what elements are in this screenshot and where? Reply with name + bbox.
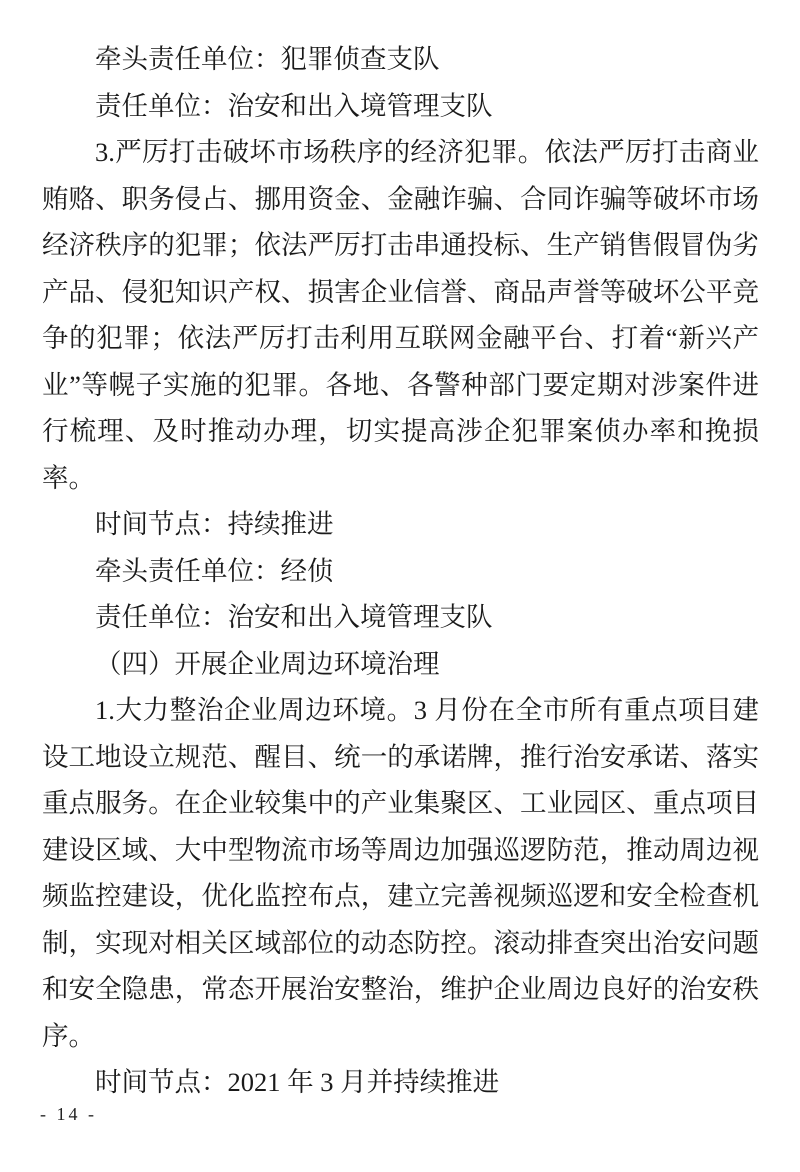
time-node-line-2: 时间节点：2021 年 3 月并持续推进	[42, 1059, 759, 1106]
document-page: 牵头责任单位：犯罪侦查支队 责任单位：治安和出入境管理支队 3.严厉打击破坏市场…	[0, 0, 800, 1172]
section-4-heading: （四）开展企业周边环境治理	[42, 641, 759, 688]
lead-responsible-unit-line-2: 牵头责任单位：经侦	[42, 548, 759, 595]
responsible-unit-line-2: 责任单位：治安和出入境管理支队	[42, 594, 759, 641]
item-3-economic-crime-paragraph: 3.严厉打击破坏市场秩序的经济犯罪。依法严厉打击商业贿赂、职务侵占、挪用资金、金…	[42, 129, 759, 501]
time-node-line: 时间节点：持续推进	[42, 501, 759, 548]
document-body: 牵头责任单位：犯罪侦查支队 责任单位：治安和出入境管理支队 3.严厉打击破坏市场…	[42, 36, 759, 1106]
responsible-unit-line: 责任单位：治安和出入境管理支队	[42, 83, 759, 130]
item-1-surrounding-environment-paragraph: 1.大力整治企业周边环境。3 月份在全市所有重点项目建设工地设立规范、醒目、统一…	[42, 687, 759, 1059]
page-number: - 14 -	[40, 1104, 97, 1125]
lead-responsible-unit-line: 牵头责任单位：犯罪侦查支队	[42, 36, 759, 83]
